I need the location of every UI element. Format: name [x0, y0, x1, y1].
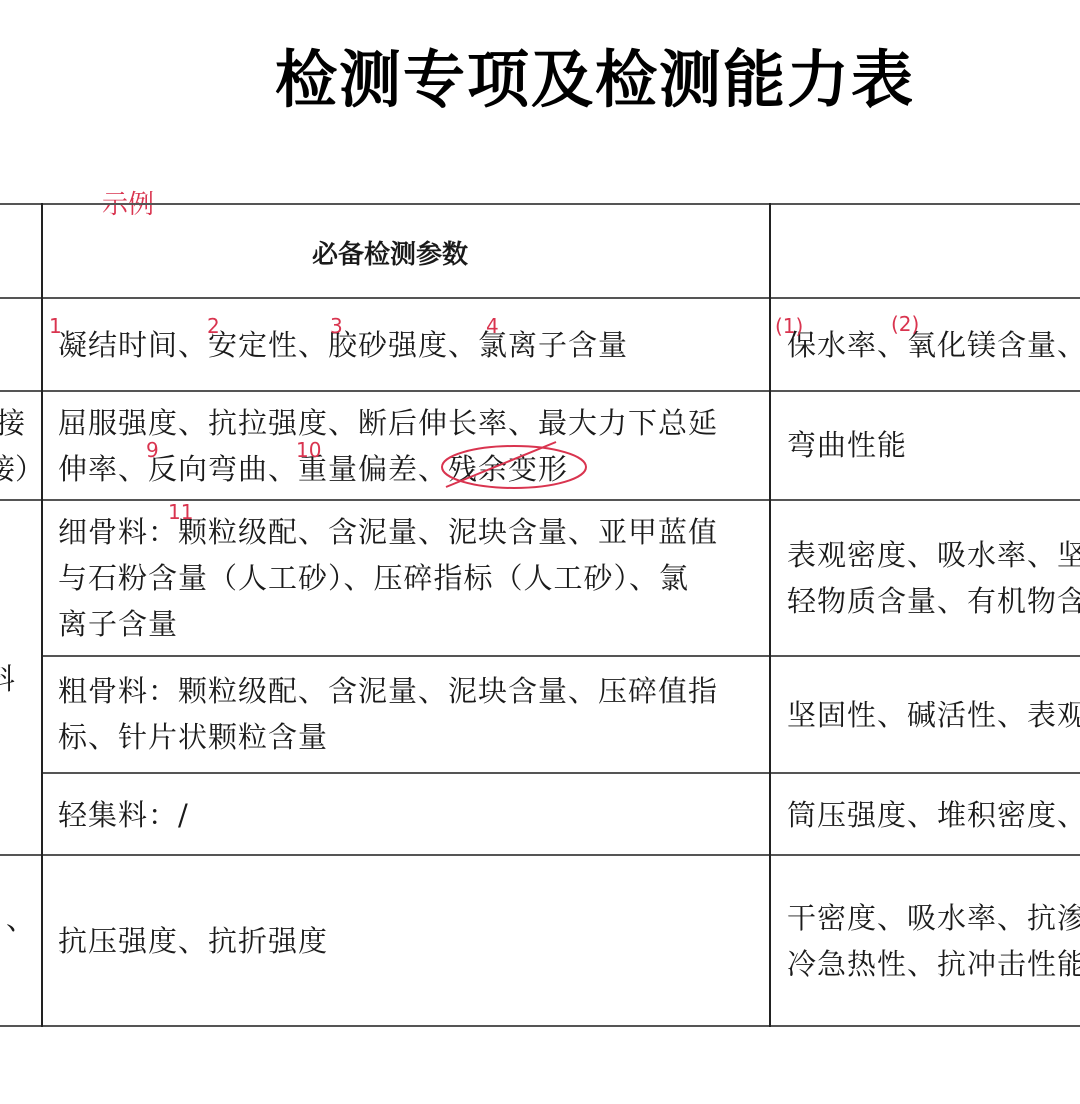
row4-optional: 坚固性、碱活性、表观 [787, 692, 1080, 738]
left-fragment: 接 [0, 400, 25, 446]
struck-param: 残余变形 [448, 446, 568, 492]
row1-required: 凝结时间、安定性、胶砂强度、氯离子含量 [58, 322, 628, 368]
table-row-divider [0, 297, 1080, 299]
table-row-divider [0, 390, 1080, 392]
row2-optional: 弯曲性能 [787, 422, 907, 468]
annotation-marker: 4 [486, 314, 499, 338]
row3-required: 细骨料：颗粒级配、含泥量、泥块含量、亚甲蓝值 与石粉含量（人工砂）、压碎指标（人… [58, 509, 718, 647]
table-row-divider [42, 772, 1080, 774]
param-item: 伸率、 [58, 452, 148, 486]
row3-optional: 表观密度、吸水率、坚 轻物质含量、有机物含 [787, 532, 1080, 624]
annotation-marker: (1) [775, 314, 803, 338]
param-item: 凝结时间、 [58, 328, 208, 362]
param-line: 粗骨料：颗粒级配、含泥量、泥块含量、压碎值指 [58, 668, 718, 714]
param-line: 离子含量 [58, 601, 718, 647]
param-line: 标、针片状颗粒含量 [58, 714, 718, 760]
table-column-divider [769, 203, 771, 1027]
param-item: 反向弯曲、 [148, 452, 298, 486]
annotation-marker: 9 [146, 438, 159, 462]
annotation-marker: 11 [168, 500, 193, 524]
param-item: 胶砂强度、 [328, 328, 478, 362]
row4-required: 粗骨料：颗粒级配、含泥量、泥块含量、压碎值指 标、针片状颗粒含量 [58, 668, 718, 760]
left-fragment: 料 [0, 656, 15, 702]
left-fragment: 、 [6, 896, 35, 942]
param-line: 表观密度、吸水率、坚 [787, 532, 1080, 578]
param-item: 安定性、 [208, 328, 328, 362]
param-line: 轻物质含量、有机物含 [787, 578, 1080, 624]
table-row-divider [0, 499, 1080, 501]
table-row-divider [0, 854, 1080, 856]
header-required-params: 必备检测参数 [312, 234, 468, 271]
param-line: 与石粉含量（人工砂）、压碎指标（人工砂）、氯 [58, 555, 718, 601]
param-item: 颗粒级配、含泥量、泥块含量、亚甲蓝值 [178, 515, 718, 549]
annotation-marker: 1 [49, 314, 62, 338]
annotation-marker: (2) [891, 312, 919, 336]
left-fragment: 接） [0, 446, 44, 492]
param-line: 冷急热性、抗冲击性能 [787, 941, 1080, 987]
param-line: 细骨料：颗粒级配、含泥量、泥块含量、亚甲蓝值 [58, 509, 718, 555]
param-item: 氧化镁含量、 [907, 328, 1080, 362]
table-border-bottom [0, 1025, 1080, 1027]
row6-required: 抗压强度、抗折强度 [58, 918, 328, 964]
category-label: 细骨料： [58, 515, 178, 549]
table-column-divider [41, 203, 43, 1027]
row5-required: 轻集料：/ [58, 792, 189, 838]
page-title: 检测专项及检测能力表 [0, 30, 1080, 119]
table-border-top [0, 203, 1080, 205]
annotation-marker: 10 [296, 438, 321, 462]
param-item: 氯离子含量 [478, 328, 628, 362]
annotation-marker: 2 [207, 314, 220, 338]
annotation-marker: 3 [330, 314, 343, 338]
row6-optional: 干密度、吸水率、抗渗 冷急热性、抗冲击性能 [787, 895, 1080, 987]
row5-optional: 筒压强度、堆积密度、 [787, 792, 1080, 838]
table-row-divider [42, 655, 1080, 657]
row1-optional: 保水率、氧化镁含量、 [787, 322, 1080, 368]
param-line: 干密度、吸水率、抗渗 [787, 895, 1080, 941]
param-item: 保水率、 [787, 328, 907, 362]
strike-circle-icon [440, 440, 590, 490]
